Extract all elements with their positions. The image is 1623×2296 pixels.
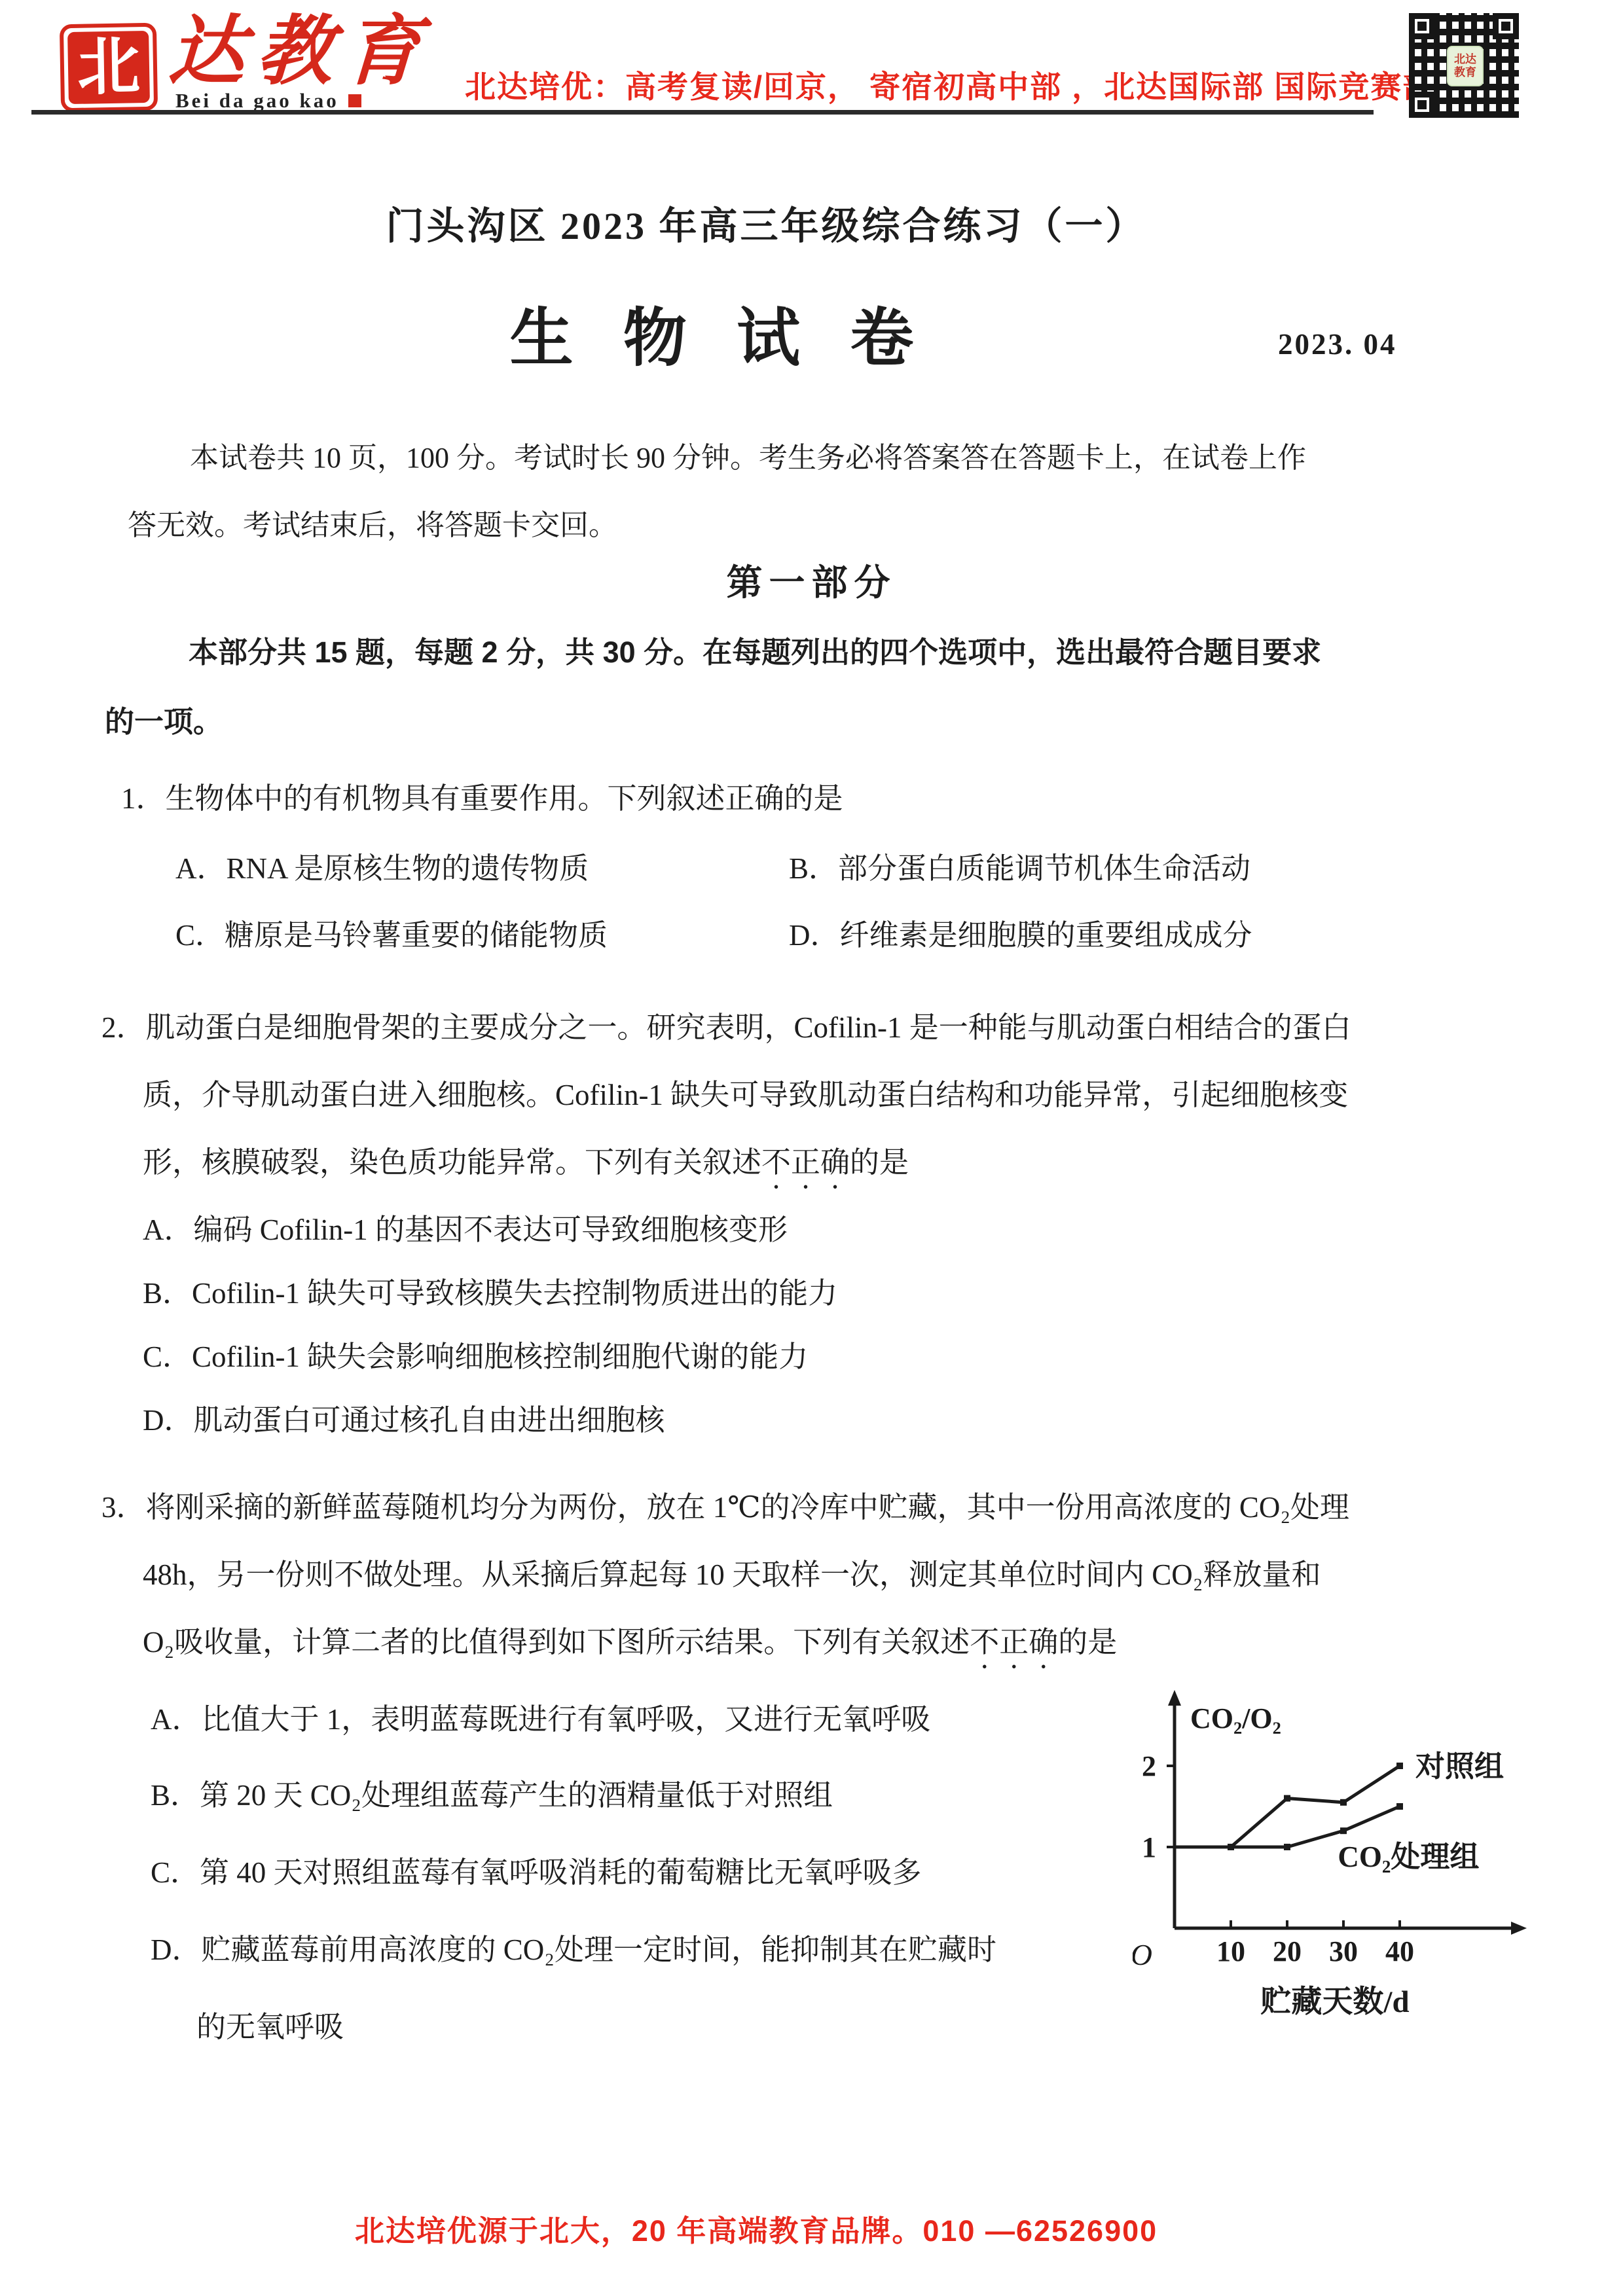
svg-text:40: 40 <box>1385 1935 1414 1967</box>
qr-finder-icon <box>1409 92 1435 118</box>
part1-heading: 第一部分 <box>0 554 1623 605</box>
q2-option-c: C．Cofilin-1 缺失会影响细胞核控制细胞代谢的能力 <box>143 1333 808 1375</box>
part1-intro-line: 的一项。 <box>105 687 1519 757</box>
svg-text:1: 1 <box>1142 1831 1156 1863</box>
q2-stem-emphasis: 不正确 <box>761 1146 850 1179</box>
q2-option-b: B．Cofilin-1 缺失可导致核膜失去控制物质进出的能力 <box>143 1269 837 1312</box>
subject-title: 生 物 试 卷 <box>0 287 1440 378</box>
notice-line: 答无效。考试结束后，将答题卡交回。 <box>128 492 1512 559</box>
q1-option-a: A．RNA 是原核生物的遗传物质 <box>175 844 589 887</box>
brand-seal-logo: 北 <box>60 23 158 113</box>
svg-text:CO₂/O₂: CO₂/O₂ <box>1190 1702 1281 1734</box>
exam-page: 北 达教育 Bei da gao kao 北达培优：高考复读/回京， 寄宿初高中… <box>0 0 1623 2296</box>
q1-stem: 1．生物体中的有机物具有重要作用。下列叙述正确的是 <box>121 774 843 817</box>
brand-seal-character: 北 <box>67 31 150 104</box>
part1-intro-line: 本部分共 15 题，每题 2 分，共 30 分。在每题列出的四个选项中，选出最符… <box>105 618 1519 687</box>
exam-notice: 本试卷共 10 页，100 分。考试时长 90 分钟。考生务必将答案答在答题卡上… <box>128 424 1512 559</box>
part1-intro: 本部分共 15 题，每题 2 分，共 30 分。在每题列出的四个选项中，选出最符… <box>105 618 1519 757</box>
q2-stem-line: 质，介导肌动蛋白进入细胞核。Cofilin-1 缺失可导致肌动蛋白结构和功能异常… <box>143 1071 1348 1113</box>
q2-stem-text: 形，核膜破裂，染色质功能异常。下列有关叙述 <box>143 1146 761 1179</box>
header-divider <box>31 110 1374 115</box>
svg-text:2: 2 <box>1142 1750 1156 1782</box>
q3-respiration-chart: 1210203040OCO₂/O₂贮藏天数/d对照组CO₂处理组 <box>1133 1677 1539 2043</box>
svg-text:对照组: 对照组 <box>1415 1750 1504 1783</box>
q3-stem-line: O₂吸收量，计算二者的比值得到如下图所示结果。下列有关叙述不正确的是 <box>143 1618 1117 1675</box>
svg-text:30: 30 <box>1329 1935 1358 1967</box>
q3-option-c: C．第 40 天对照组蓝莓有氧呼吸消耗的葡萄糖比无氧呼吸多 <box>151 1848 922 1891</box>
brand-subtitle: Bei da gao kao <box>175 89 361 113</box>
header-slogan: 北达培优：高考复读/回京， 寄宿初高中部 ，北达国际部 国际竞赛部 <box>465 63 1434 107</box>
q2-stem-text: 的是 <box>850 1146 909 1179</box>
qr-finder-icon <box>1409 13 1435 39</box>
q2-option-d: D．肌动蛋白可通过核孔自由进出细胞核 <box>143 1396 665 1439</box>
q3-option-d: D．贮藏蓝莓前用高浓度的 CO₂处理一定时间，能抑制其在贮藏时 <box>151 1926 996 1968</box>
q3-option-d-continued: 的无氧呼吸 <box>196 2003 344 2045</box>
q3-option-a: A．比值大于 1，表明蓝莓既进行有氧呼吸，又进行无氧呼吸 <box>151 1695 930 1738</box>
q2-stem-line: 形，核膜破裂，染色质功能异常。下列有关叙述不正确的是 <box>143 1138 909 1195</box>
svg-text:10: 10 <box>1216 1935 1245 1967</box>
svg-text:贮藏天数/d: 贮藏天数/d <box>1260 1985 1409 2019</box>
qr-center-logo: 北达 教育 <box>1447 46 1484 86</box>
q3-option-b: B．第 20 天 CO₂处理组蓝莓产生的酒精量低于对照组 <box>151 1771 833 1814</box>
red-square-icon <box>348 94 361 107</box>
q1-option-d: D．纤维素是细胞膜的重要组成成分 <box>789 911 1252 954</box>
qr-code: 北达 教育 <box>1409 13 1519 118</box>
notice-line: 本试卷共 10 页，100 分。考试时长 90 分钟。考生务必将答案答在答题卡上… <box>128 424 1512 492</box>
qr-center-text: 教育 <box>1454 66 1476 79</box>
brand-subtitle-text: Bei da gao kao <box>175 89 339 112</box>
q1-option-b: B．部分蛋白质能调节机体生命活动 <box>789 844 1250 887</box>
exam-date: 2023. 04 <box>1278 327 1397 361</box>
q2-stem-line: 2．肌动蛋白是细胞骨架的主要成分之一。研究表明，Cofilin-1 是一种能与肌… <box>101 1003 1351 1046</box>
svg-text:O: O <box>1133 1938 1152 1971</box>
q2-option-a: A．编码 Cofilin-1 的基因不表达可导致细胞核变形 <box>143 1206 788 1248</box>
q3-stem-text: 的是 <box>1058 1626 1117 1659</box>
q3-stem-emphasis: 不正确 <box>970 1626 1058 1659</box>
svg-text:20: 20 <box>1273 1935 1302 1967</box>
brand-script-text: 达教育 <box>167 14 434 90</box>
footer-slogan: 北达培优源于北大，20 年高端教育品牌。010 —62526900 <box>0 2207 1512 2250</box>
q1-option-c: C．糖原是马铃薯重要的储能物质 <box>175 911 608 954</box>
q3-stem-text: O₂吸收量，计算二者的比值得到如下图所示结果。下列有关叙述 <box>143 1626 970 1659</box>
svg-text:CO₂处理组: CO₂处理组 <box>1338 1840 1479 1873</box>
q3-stem-line: 48h，另一份则不做处理。从采摘后算起每 10 天取样一次，测定其单位时间内 C… <box>143 1551 1321 1593</box>
exam-title: 门头沟区 2023 年高三年级综合练习（一） <box>0 195 1532 250</box>
q3-stem-line: 3．将刚采摘的新鲜蓝莓随机均分为两份，放在 1℃的冷库中贮藏，其中一份用高浓度的… <box>101 1483 1349 1526</box>
qr-finder-icon <box>1493 13 1519 39</box>
qr-center-text: 北达 <box>1454 53 1476 66</box>
